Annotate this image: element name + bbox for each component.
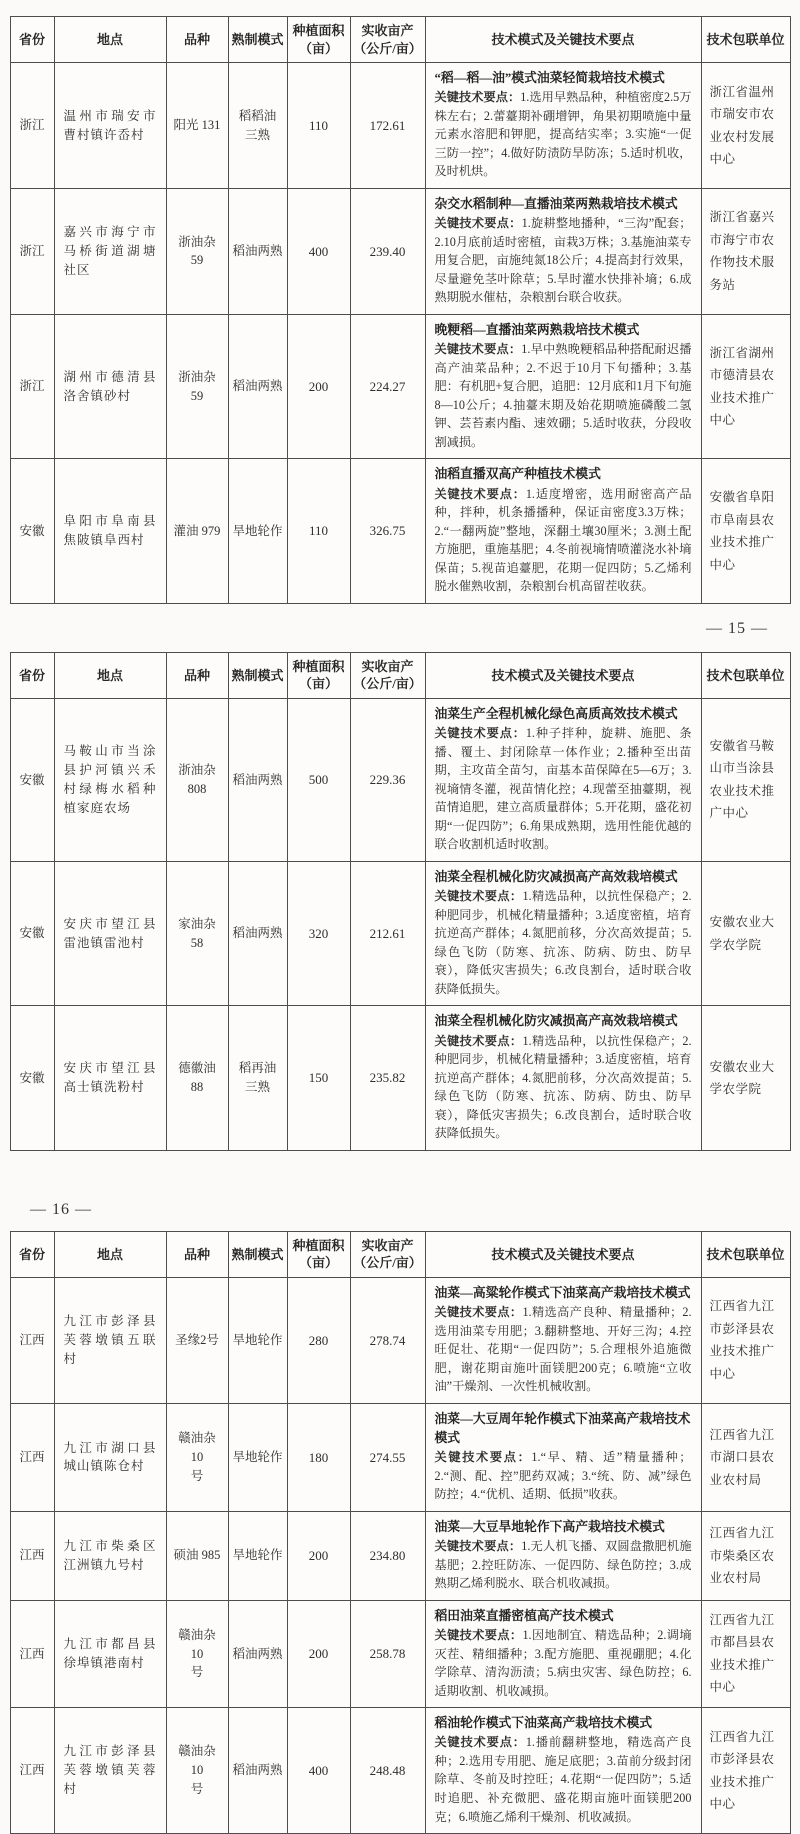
cell-tech-mode: 油菜全程机械化防灾减损高产高效栽培模式 关键技术要点：1.精选品种，以抗性保稳产…	[425, 1006, 701, 1150]
cell-location: 九江市柴桑区江洲镇九号村	[54, 1511, 166, 1600]
col-header-cropping-mode: 熟制模式	[228, 652, 287, 698]
tech-key-points: 关键技术要点：1.播前翻耕整地，精选高产良种；2.选用专用肥、施足底肥；3.苗前…	[435, 1733, 692, 1826]
cell-location: 温州市瑞安市曹村镇许岙村	[54, 63, 166, 189]
table-row: 江西 九江市彭泽县芙蓉墩镇芙蓉村 赣油杂 10 号 稻油两熟 400 248.4…	[10, 1708, 790, 1834]
table-row: 江西 九江市都昌县徐埠镇港南村 赣油杂 10 号 稻油两熟 200 258.78…	[10, 1600, 790, 1707]
cell-yield: 235.82	[350, 1006, 425, 1150]
cell-yield: 248.48	[350, 1708, 425, 1834]
cell-variety: 赣油杂 10 号	[166, 1708, 228, 1834]
cell-yield: 212.61	[350, 861, 425, 1005]
cell-cropping-mode: 稻再油 三熟	[228, 1006, 287, 1150]
col-header-variety: 品种	[166, 1231, 228, 1277]
col-header-area: 种植面积 （亩）	[287, 17, 350, 63]
col-header-tech: 技术模式及关键技术要点	[425, 17, 701, 63]
cell-variety: 灌油 979	[166, 459, 228, 603]
tech-key-points: 关键技术要点：1.精选高产良种、精量播种；2.选用油菜专用肥；3.翻耕整地、开好…	[435, 1303, 692, 1396]
cell-planting-area: 400	[287, 1708, 350, 1834]
cell-support-unit: 浙江省湖州市德清县农业技术推广中心	[701, 314, 790, 458]
table-3-header: 省份 地点 品种 熟制模式 种植面积 （亩） 实收亩产 （公斤/亩） 技术模式及…	[10, 1231, 790, 1277]
cell-variety: 圣缘2号	[166, 1278, 228, 1404]
table-2-body: 安徽 马鞍山市当涂县护河镇兴禾村绿梅水稻种植家庭农场 浙油杂 808 稻油两熟 …	[10, 698, 790, 1150]
cell-planting-area: 110	[287, 459, 350, 603]
table-1-body: 浙江 温州市瑞安市曹村镇许岙村 阳光 131 稻稻油 三熟 110 172.61…	[10, 63, 790, 604]
tech-points-text: 1.精选品种，以抗性保稳产；2.种肥同步，机械化精量播种；3.适度密植，培育抗逆…	[435, 1034, 692, 1141]
table-row: 安徽 安庆市望江县雷池镇雷池村 家油杂 58 稻油两熟 320 212.61 油…	[10, 861, 790, 1005]
cell-cropping-mode: 旱地轮作	[228, 1511, 287, 1600]
cell-support-unit: 浙江省嘉兴市海宁市农作物技术服务站	[701, 189, 790, 315]
cell-province: 江西	[10, 1278, 54, 1404]
results-table-3: 省份 地点 品种 熟制模式 种植面积 （亩） 实收亩产 （公斤/亩） 技术模式及…	[10, 1231, 791, 1834]
cell-support-unit: 江西省九江市彭泽县农业技术推广中心	[701, 1708, 790, 1834]
cell-planting-area: 320	[287, 861, 350, 1005]
cell-province: 安徽	[10, 861, 54, 1005]
col-header-location: 地点	[54, 17, 166, 63]
cell-cropping-mode: 旱地轮作	[228, 1403, 287, 1511]
col-header-yield: 实收亩产 （公斤/亩）	[350, 652, 425, 698]
cell-tech-mode: 油稻直播双高产种植技术模式 关键技术要点：1.适度增密，选用耐密高产品种，拌种，…	[425, 459, 701, 603]
col-header-support-unit: 技术包联单位	[701, 17, 790, 63]
tech-points-text: 1.适度增密，选用耐密高产品种，拌种，机条播播种，保证亩密度3.3万株；2.“一…	[435, 487, 692, 594]
tech-key-points: 关键技术要点：1.早中熟晚粳稻品种搭配耐迟播高产油菜品种；2.不迟于10月下旬播…	[435, 340, 692, 451]
cell-location: 九江市彭泽县芙蓉墩镇五联村	[54, 1278, 166, 1404]
cell-tech-mode: 油菜生产全程机械化绿色高质高效技术模式 关键技术要点：1.种子拌种，旋耕、施肥、…	[425, 698, 701, 861]
col-header-tech: 技术模式及关键技术要点	[425, 652, 701, 698]
cell-variety: 赣油杂 10 号	[166, 1403, 228, 1511]
cell-yield: 278.74	[350, 1278, 425, 1404]
cell-cropping-mode: 稻油两熟	[228, 861, 287, 1005]
tech-key-points: 关键技术要点：1.无人机飞播、双圆盘撒肥机施基肥；2.控旺防冻、一促四防、绿色防…	[435, 1537, 692, 1593]
tech-key-points: 关键技术要点：1.选用早熟品种，种植密度2.5万株左右；2.蕾薹期补硼增钾，角果…	[435, 88, 692, 181]
col-header-variety: 品种	[166, 17, 228, 63]
cell-tech-mode: “稻—稻—油”模式油菜轻简栽培技术模式 关键技术要点：1.选用早熟品种，种植密度…	[425, 63, 701, 189]
cell-tech-mode: 稻油轮作模式下油菜高产栽培技术模式 关键技术要点：1.播前翻耕整地，精选高产良种…	[425, 1708, 701, 1834]
cell-planting-area: 400	[287, 189, 350, 315]
cell-province: 江西	[10, 1511, 54, 1600]
cell-yield: 224.27	[350, 314, 425, 458]
tech-points-label: 关键技术要点：	[435, 889, 523, 903]
tech-key-points: 关键技术要点：1.旋耕整地播种，“三沟”配套；2.10月底前适时密植，亩栽3万株…	[435, 214, 692, 307]
table-row: 浙江 温州市瑞安市曹村镇许岙村 阳光 131 稻稻油 三熟 110 172.61…	[10, 63, 790, 189]
cell-location: 嘉兴市海宁市马桥街道湖塘社区	[54, 189, 166, 315]
cell-yield: 229.36	[350, 698, 425, 861]
document-page: 省份 地点 品种 熟制模式 种植面积 （亩） 实收亩产 （公斤/亩） 技术模式及…	[0, 0, 800, 1834]
cell-support-unit: 浙江省温州市瑞安市农业农村发展中心	[701, 63, 790, 189]
col-header-tech: 技术模式及关键技术要点	[425, 1231, 701, 1277]
tech-points-label: 关键技术要点：	[435, 1539, 522, 1553]
cell-variety: 浙油杂 59	[166, 189, 228, 315]
cell-yield: 172.61	[350, 63, 425, 189]
tech-points-label: 关键技术要点：	[435, 1034, 523, 1048]
col-header-cropping-mode: 熟制模式	[228, 17, 287, 63]
cell-variety: 德徽油 88	[166, 1006, 228, 1150]
cell-tech-mode: 油菜—大豆旱地轮作下高产栽培技术模式 关键技术要点：1.无人机飞播、双圆盘撒肥机…	[425, 1511, 701, 1600]
tech-points-label: 关键技术要点：	[435, 1735, 526, 1749]
cell-province: 浙江	[10, 189, 54, 315]
cell-location: 阜阳市阜南县焦陂镇阜西村	[54, 459, 166, 603]
col-header-support-unit: 技术包联单位	[701, 652, 790, 698]
cell-support-unit: 江西省九江市柴桑区农业农村局	[701, 1511, 790, 1600]
cell-yield: 326.75	[350, 459, 425, 603]
cell-planting-area: 150	[287, 1006, 350, 1150]
tech-mode-title: 油菜—大豆旱地轮作下高产栽培技术模式	[435, 1518, 692, 1537]
results-table-1: 省份 地点 品种 熟制模式 种植面积 （亩） 实收亩产 （公斤/亩） 技术模式及…	[10, 16, 791, 604]
col-header-location: 地点	[54, 652, 166, 698]
cell-support-unit: 江西省九江市都昌县农业技术推广中心	[701, 1600, 790, 1707]
page-number-15: — 15 —	[0, 620, 768, 638]
cell-yield: 239.40	[350, 189, 425, 315]
tech-mode-title: 油菜—大豆周年轮作模式下油菜高产栽培技术模式	[435, 1410, 692, 1448]
cell-variety: 赣油杂 10 号	[166, 1600, 228, 1707]
table-3-body: 江西 九江市彭泽县芙蓉墩镇五联村 圣缘2号 旱地轮作 280 278.74 油菜…	[10, 1278, 790, 1834]
tech-points-label: 关键技术要点：	[435, 1305, 523, 1319]
cell-variety: 阳光 131	[166, 63, 228, 189]
tech-points-label: 关键技术要点：	[435, 342, 522, 356]
cell-tech-mode: 油菜—大豆周年轮作模式下油菜高产栽培技术模式 关键技术要点：1.“早、精、适”精…	[425, 1403, 701, 1511]
table-row: 安徽 阜阳市阜南县焦陂镇阜西村 灌油 979 旱地轮作 110 326.75 油…	[10, 459, 790, 603]
cell-tech-mode: 油菜—高粱轮作模式下油菜高产栽培技术模式 关键技术要点：1.精选高产良种、精量播…	[425, 1278, 701, 1404]
tech-key-points: 关键技术要点：1.因地制宜、精选品种；2.调墒灭茬、精细播种；3.配方施肥、重视…	[435, 1626, 692, 1700]
table-row: 安徽 安庆市望江县高士镇洗粉村 德徽油 88 稻再油 三熟 150 235.82…	[10, 1006, 790, 1150]
cell-cropping-mode: 稻油两熟	[228, 698, 287, 861]
tech-mode-title: 稻油轮作模式下油菜高产栽培技术模式	[435, 1714, 692, 1733]
header-row: 省份 地点 品种 熟制模式 种植面积 （亩） 实收亩产 （公斤/亩） 技术模式及…	[10, 17, 790, 63]
tech-points-label: 关键技术要点：	[435, 1628, 523, 1642]
cell-location: 九江市彭泽县芙蓉墩镇芙蓉村	[54, 1708, 166, 1834]
cell-cropping-mode: 旱地轮作	[228, 459, 287, 603]
cell-province: 安徽	[10, 698, 54, 861]
cell-planting-area: 110	[287, 63, 350, 189]
cell-province: 安徽	[10, 459, 54, 603]
cell-variety: 硕油 985	[166, 1511, 228, 1600]
tech-key-points: 关键技术要点：1.“早、精、适”精量播种；2.“测、配、控”肥药双减；3.“统、…	[435, 1448, 692, 1504]
tech-mode-title: 油稻直播双高产种植技术模式	[435, 465, 692, 484]
cell-planting-area: 200	[287, 1511, 350, 1600]
cell-cropping-mode: 稻油两熟	[228, 314, 287, 458]
cell-planting-area: 200	[287, 1600, 350, 1707]
tech-mode-title: “稻—稻—油”模式油菜轻简栽培技术模式	[435, 69, 692, 88]
cell-support-unit: 安徽省马鞍山市当涂县农业技术推广中心	[701, 698, 790, 861]
table-1-header: 省份 地点 品种 熟制模式 种植面积 （亩） 实收亩产 （公斤/亩） 技术模式及…	[10, 17, 790, 63]
cell-cropping-mode: 稻油两熟	[228, 1708, 287, 1834]
tech-points-label: 关键技术要点：	[435, 1450, 532, 1464]
table-row: 江西 九江市柴桑区江洲镇九号村 硕油 985 旱地轮作 200 234.80 油…	[10, 1511, 790, 1600]
cell-support-unit: 安徽农业大学农学院	[701, 1006, 790, 1150]
cell-variety: 家油杂 58	[166, 861, 228, 1005]
col-header-yield: 实收亩产 （公斤/亩）	[350, 1231, 425, 1277]
tech-mode-title: 油菜生产全程机械化绿色高质高效技术模式	[435, 705, 692, 724]
cell-location: 马鞍山市当涂县护河镇兴禾村绿梅水稻种植家庭农场	[54, 698, 166, 861]
tech-mode-title: 稻田油菜直播密植高产技术模式	[435, 1607, 692, 1626]
cell-variety: 浙油杂 59	[166, 314, 228, 458]
cell-yield: 274.55	[350, 1403, 425, 1511]
tech-key-points: 关键技术要点：1.精选品种，以抗性保稳产；2.种肥同步，机械化精量播种；3.适度…	[435, 887, 692, 998]
tech-points-label: 关键技术要点：	[435, 487, 526, 501]
tech-points-text: 1.精选品种，以抗性保稳产；2.种肥同步，机械化精量播种；3.适度密植，培育抗逆…	[435, 889, 692, 996]
col-header-yield: 实收亩产 （公斤/亩）	[350, 17, 425, 63]
cell-province: 江西	[10, 1708, 54, 1834]
table-row: 浙江 湖州市德清县洛舍镇砂村 浙油杂 59 稻油两熟 200 224.27 晚粳…	[10, 314, 790, 458]
cell-tech-mode: 杂交水稻制种—直播油菜两熟栽培技术模式 关键技术要点：1.旋耕整地播种，“三沟”…	[425, 189, 701, 315]
cell-province: 安徽	[10, 1006, 54, 1150]
cell-support-unit: 江西省九江市湖口县农业农村局	[701, 1403, 790, 1511]
tech-mode-title: 油菜全程机械化防灾减损高产高效栽培模式	[435, 1012, 692, 1031]
col-header-cropping-mode: 熟制模式	[228, 1231, 287, 1277]
cell-variety: 浙油杂 808	[166, 698, 228, 861]
cell-province: 江西	[10, 1403, 54, 1511]
cell-cropping-mode: 旱地轮作	[228, 1278, 287, 1404]
cell-location: 湖州市德清县洛舍镇砂村	[54, 314, 166, 458]
col-header-location: 地点	[54, 1231, 166, 1277]
cell-cropping-mode: 稻油两熟	[228, 1600, 287, 1707]
cell-support-unit: 安徽省阜阳市阜南县农业技术推广中心	[701, 459, 790, 603]
table-2-header: 省份 地点 品种 熟制模式 种植面积 （亩） 实收亩产 （公斤/亩） 技术模式及…	[10, 652, 790, 698]
col-header-support-unit: 技术包联单位	[701, 1231, 790, 1277]
tech-key-points: 关键技术要点：1.适度增密，选用耐密高产品种，拌种，机条播播种，保证亩密度3.3…	[435, 485, 692, 596]
tech-key-points: 关键技术要点：1.种子拌种，旋耕、施肥、条播、覆土、封闭除草一体作业；2.播种至…	[435, 724, 692, 854]
cell-cropping-mode: 稻稻油 三熟	[228, 63, 287, 189]
tech-points-label: 关键技术要点：	[435, 90, 521, 104]
table-row: 江西 九江市湖口县城山镇陈仓村 赣油杂 10 号 旱地轮作 180 274.55…	[10, 1403, 790, 1511]
tech-points-text: 1.早中熟晚粳稻品种搭配耐迟播高产油菜品种；2.不迟于10月下旬播种；3.基肥：…	[435, 342, 692, 449]
cell-tech-mode: 晚粳稻—直播油菜两熟栽培技术模式 关键技术要点：1.早中熟晚粳稻品种搭配耐迟播高…	[425, 314, 701, 458]
tech-mode-title: 油菜—高粱轮作模式下油菜高产栽培技术模式	[435, 1284, 692, 1303]
table-row: 安徽 马鞍山市当涂县护河镇兴禾村绿梅水稻种植家庭农场 浙油杂 808 稻油两熟 …	[10, 698, 790, 861]
cell-province: 浙江	[10, 63, 54, 189]
tech-points-label: 关键技术要点：	[435, 726, 526, 740]
col-header-province: 省份	[10, 17, 54, 63]
cell-planting-area: 180	[287, 1403, 350, 1511]
cell-yield: 258.78	[350, 1600, 425, 1707]
cell-cropping-mode: 稻油两熟	[228, 189, 287, 315]
cell-location: 九江市都昌县徐埠镇港南村	[54, 1600, 166, 1707]
cell-location: 安庆市望江县高士镇洗粉村	[54, 1006, 166, 1150]
col-header-province: 省份	[10, 652, 54, 698]
tech-key-points: 关键技术要点：1.精选品种，以抗性保稳产；2.种肥同步，机械化精量播种；3.适度…	[435, 1032, 692, 1143]
tech-mode-title: 油菜全程机械化防灾减损高产高效栽培模式	[435, 868, 692, 887]
col-header-variety: 品种	[166, 652, 228, 698]
cell-province: 江西	[10, 1600, 54, 1707]
cell-tech-mode: 油菜全程机械化防灾减损高产高效栽培模式 关键技术要点：1.精选品种，以抗性保稳产…	[425, 861, 701, 1005]
cell-tech-mode: 稻田油菜直播密植高产技术模式 关键技术要点：1.因地制宜、精选品种；2.调墒灭茬…	[425, 1600, 701, 1707]
cell-support-unit: 江西省九江市彭泽县农业技术推广中心	[701, 1278, 790, 1404]
cell-planting-area: 280	[287, 1278, 350, 1404]
cell-yield: 234.80	[350, 1511, 425, 1600]
cell-province: 浙江	[10, 314, 54, 458]
tech-mode-title: 杂交水稻制种—直播油菜两熟栽培技术模式	[435, 195, 692, 214]
cell-support-unit: 安徽农业大学农学院	[701, 861, 790, 1005]
col-header-area: 种植面积 （亩）	[287, 1231, 350, 1277]
header-row: 省份 地点 品种 熟制模式 种植面积 （亩） 实收亩产 （公斤/亩） 技术模式及…	[10, 1231, 790, 1277]
table-row: 江西 九江市彭泽县芙蓉墩镇五联村 圣缘2号 旱地轮作 280 278.74 油菜…	[10, 1278, 790, 1404]
col-header-province: 省份	[10, 1231, 54, 1277]
tech-points-label: 关键技术要点：	[435, 216, 522, 230]
tech-points-text: 1.种子拌种，旋耕、施肥、条播、覆土、封闭除草一体作业；2.播种至出苗期，主攻苗…	[435, 726, 692, 851]
table-row: 浙江 嘉兴市海宁市马桥街道湖塘社区 浙油杂 59 稻油两熟 400 239.40…	[10, 189, 790, 315]
cell-location: 九江市湖口县城山镇陈仓村	[54, 1403, 166, 1511]
page-number-16: — 16 —	[30, 1201, 800, 1219]
cell-location: 安庆市望江县雷池镇雷池村	[54, 861, 166, 1005]
results-table-2: 省份 地点 品种 熟制模式 种植面积 （亩） 实收亩产 （公斤/亩） 技术模式及…	[10, 652, 791, 1151]
tech-mode-title: 晚粳稻—直播油菜两熟栽培技术模式	[435, 321, 692, 340]
header-row: 省份 地点 品种 熟制模式 种植面积 （亩） 实收亩产 （公斤/亩） 技术模式及…	[10, 652, 790, 698]
cell-planting-area: 200	[287, 314, 350, 458]
col-header-area: 种植面积 （亩）	[287, 652, 350, 698]
cell-planting-area: 500	[287, 698, 350, 861]
